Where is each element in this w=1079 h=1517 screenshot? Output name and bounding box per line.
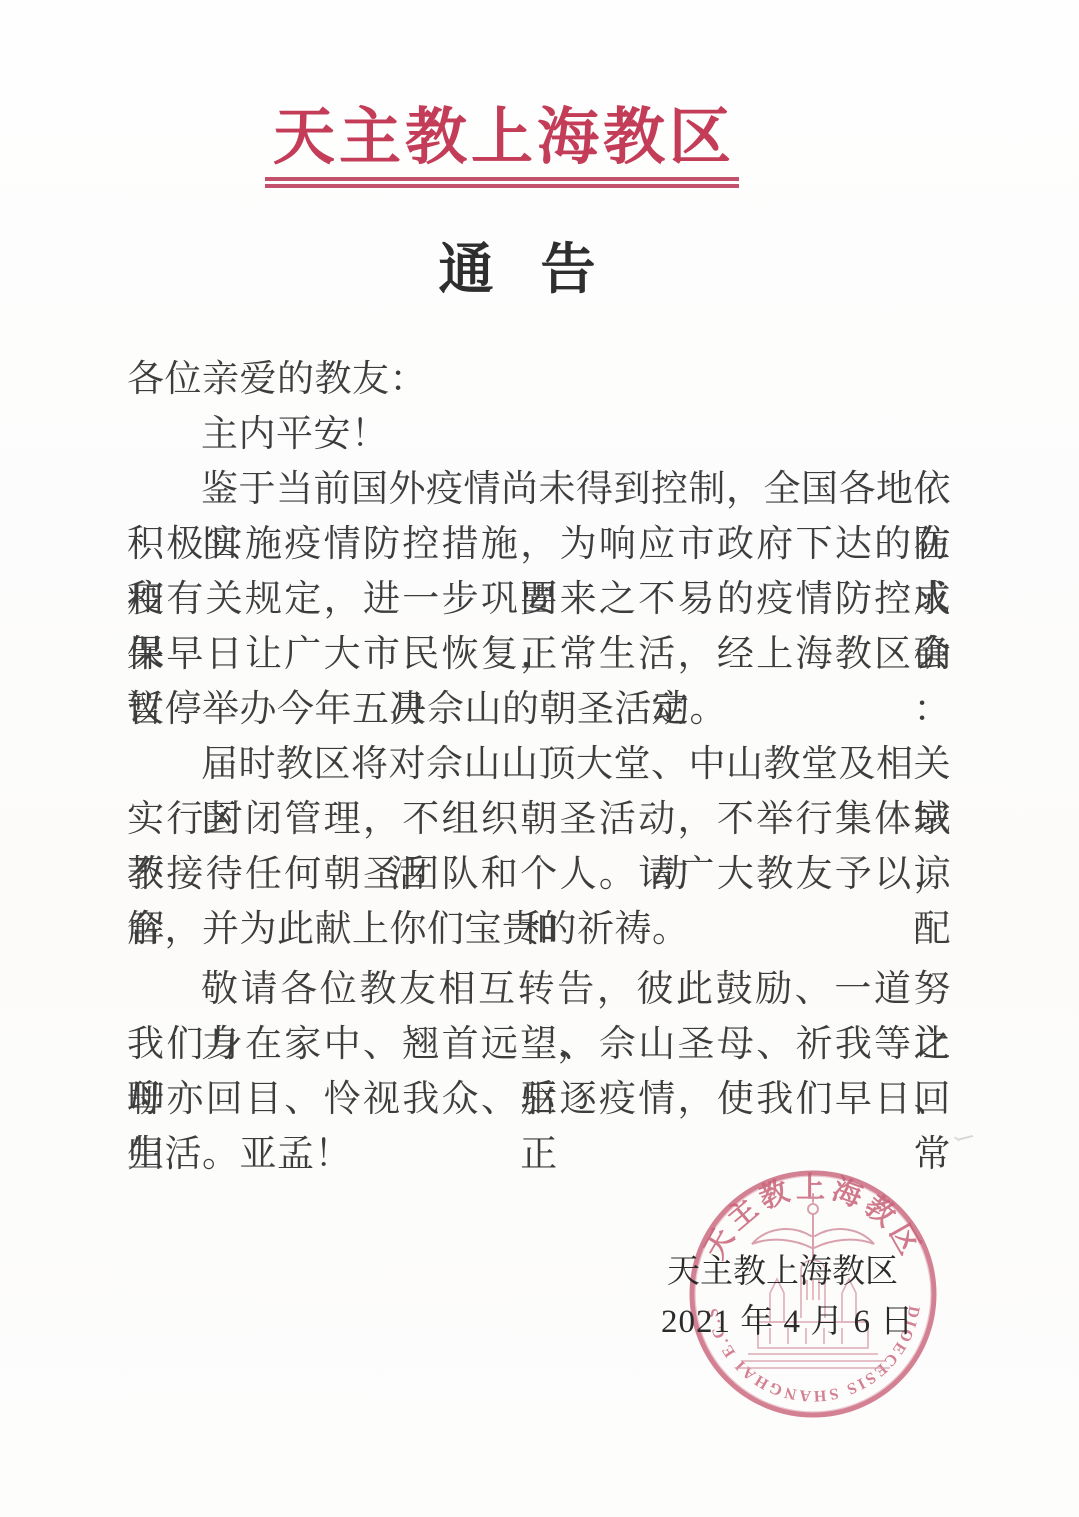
signature-name: 天主教上海教区	[667, 1252, 898, 1292]
body-line: 主内平安！	[127, 407, 951, 462]
body-line: 届时教区将对佘山山顶大堂、中山教堂及相关区域	[127, 737, 951, 792]
body-line: 实行封闭管理，不组织朝圣活动，不举行集体宗教活动，	[127, 792, 951, 847]
body-line: 敬请各位教友相互转告，彼此鼓励、一道努力，让	[127, 962, 951, 1017]
body-line: 保早日让广大市民恢复正常生活，经上海教区会议决定：	[127, 627, 951, 682]
body-line: 鉴于当前国外疫情尚未得到控制，全国各地依旧在	[127, 462, 951, 517]
body-line: 各位亲爱的教友：	[127, 352, 951, 407]
body-line: 聊亦回目、怜视我众、驱逐疫情，使我们早日回归正常	[127, 1072, 951, 1127]
signature-date: 2021 年 4 月 6 日	[661, 1302, 914, 1342]
body-line: 不接待任何朝圣团队和个人。请广大教友予以谅解和配	[127, 847, 951, 902]
notice-body: 各位亲爱的教友： 主内平安！ 鉴于当前国外疫情尚未得到控制，全国各地依旧在 积极…	[127, 352, 951, 1182]
page-title: 天主教上海教区	[265, 102, 739, 188]
body-line: 和有关规定，进一步巩固来之不易的疫情防控成果，确	[127, 572, 951, 627]
body-line: 我们身在家中、翘首远望、佘山圣母、祈我等之母后、	[127, 1017, 951, 1072]
body-line: 积极实施疫情防控措施，为响应市政府下达的防疫要求	[127, 517, 951, 572]
notice-heading: 通告	[391, 240, 642, 300]
scan-artifact-mark	[955, 1126, 973, 1141]
document-page: 天主教上海教区 通告 各位亲爱的教友： 主内平安！ 鉴于当前国外疫情尚未得到控制…	[0, 0, 1079, 1517]
